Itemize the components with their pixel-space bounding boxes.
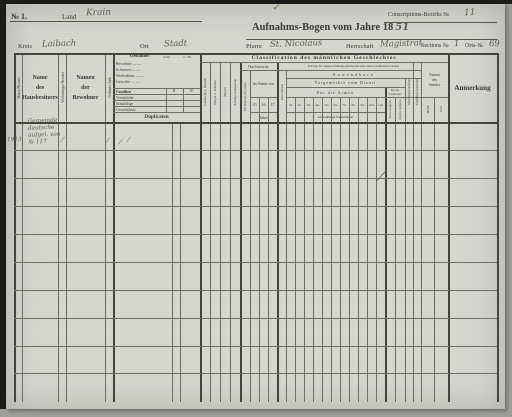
grid-line-horizontal <box>14 373 497 374</box>
stand-block-col-label: Civil <box>439 106 443 112</box>
grid-line-vertical <box>497 53 499 402</box>
stand-col-2: Bürger u. Künstler <box>210 62 220 122</box>
landwehr-col-label: Zweites Aufgebot <box>398 99 402 120</box>
armee-class-col: 7te <box>340 103 349 107</box>
grid-line-horizontal <box>14 290 497 291</box>
check-mark: ✓ <box>272 3 280 13</box>
kreis-label: Kreis <box>18 43 32 50</box>
stand-col-4: Zufällig Anwesende <box>230 62 240 122</box>
stand-block-col-1: Militär <box>421 97 434 122</box>
gebrechen-col: Unheilbare Gebrechen <box>413 62 421 122</box>
sections-label: Sections № <box>421 43 449 49</box>
pfarre-value: St. Nicolaus <box>270 38 323 50</box>
befreit-col-label: Vom Dienste Befreite <box>407 79 411 105</box>
column-header-line: Name <box>33 75 48 81</box>
anmerkung-header: Anmerkung <box>448 53 497 122</box>
classification-note: In Folge der eigenen Nahrung gehörig und… <box>286 62 421 70</box>
grid-line-vertical <box>322 97 323 402</box>
gebaeude-rows: Bewohnte — —Scheunen — —Werkstätten — —G… <box>116 62 198 85</box>
befreit-col: Vom Dienste Befreite <box>405 62 413 122</box>
tick-mark: ⁄ <box>62 136 63 144</box>
kreis-value: Laibach <box>42 38 77 49</box>
scan-edge-top <box>0 0 512 4</box>
grid-line-vertical <box>268 97 269 402</box>
header-rule-left <box>10 21 202 22</box>
ort-value: Stadt <box>164 39 188 50</box>
armee-class-col: 9te <box>358 103 367 107</box>
year-col: 16 <box>259 102 268 107</box>
grid-line-horizontal <box>14 262 497 263</box>
column-header-line: des <box>36 85 44 91</box>
grid-line-vertical <box>259 97 260 402</box>
grid-line-horizontal <box>14 150 497 151</box>
stand-block-line: des <box>432 78 437 82</box>
classification-title: Classification des männlichen Geschlecht… <box>200 53 448 62</box>
column-header-wohnungs-numer: Wohnungs-Numer <box>58 53 66 122</box>
nachwuchs-unit: Jahre <box>250 112 277 122</box>
nachwuchs-title: Nachwuchs <box>240 62 277 71</box>
ort-label: Ort <box>140 43 149 50</box>
column-header-line: Hausbesitzers <box>22 95 58 101</box>
form-number: № 1. <box>11 12 27 21</box>
gebaeude-col-cnr: C. Nr. <box>177 55 198 59</box>
armee-class-col: 11te <box>376 103 385 107</box>
zum-dienste-label: Zum Dienste <box>280 84 284 100</box>
column-header-haus-numer: Haus-Numer <box>14 53 22 122</box>
grid-line-horizontal <box>14 178 497 179</box>
stand-block-title: NamendesStandes <box>421 62 448 97</box>
scan-edge-left <box>0 0 6 409</box>
nachwuchs-years: 151617 <box>250 97 277 112</box>
gebaeude-value-headers: Zahl C. Nr. <box>156 55 198 59</box>
stand-block-line: Standes <box>429 83 441 87</box>
tick-mark: ⁄ <box>107 137 108 145</box>
armee-class-col: 8te <box>349 103 358 107</box>
grid-line-vertical <box>395 97 396 402</box>
herrschaft-label: Herrschaft <box>346 43 373 50</box>
armee-class-col: 3te <box>304 103 313 107</box>
armee-class-col: 5te <box>322 103 331 107</box>
form-title: Aufnahms-Bogen vom Jahre 1851 <box>252 22 409 33</box>
gebaeude-row: Bewohnte — — <box>116 62 198 67</box>
orts-label: Orts-№ <box>465 43 483 49</box>
familien-col-w: W. <box>183 89 200 93</box>
conscriptions-label: Conscriptions-Bezirks № <box>388 12 449 18</box>
armee-class-col: 4te <box>313 103 322 107</box>
gebaeude-row: Werkstätten — — <box>116 74 198 79</box>
gebaeude-title: Gebäude: <box>130 54 150 59</box>
conscriptions-value: 11 <box>464 8 476 18</box>
stand-col-3: Bauern <box>220 62 230 122</box>
grid-line-horizontal <box>14 234 497 235</box>
column-header-line: Namen <box>76 75 94 81</box>
familien-title: Familien <box>116 89 131 94</box>
grid-line-vertical <box>331 97 332 402</box>
grid-line-vertical <box>313 97 314 402</box>
nachwuchs-box: Im Stande von <box>250 71 277 97</box>
gebaeude-row: Scheunen — — <box>116 68 198 73</box>
year-col: 17 <box>268 102 277 107</box>
column-header-line: Bewohner <box>73 95 99 101</box>
form-title-year: 51 <box>395 22 409 33</box>
year-col: 15 <box>250 102 259 107</box>
grid-line-vertical <box>340 97 341 402</box>
familien-col-b: B. <box>166 89 183 93</box>
landwehr-col-1: Erstes Aufgebot <box>385 97 395 122</box>
grid-line-vertical <box>358 97 359 402</box>
stand-block-col-label: Militär <box>426 105 430 113</box>
column-header-label: Wohnungs-Numer <box>60 72 65 103</box>
sections-value: 1 <box>454 39 460 49</box>
tick-mark: ⁄ <box>120 138 121 146</box>
pfarre-label: Pfarre <box>246 43 262 50</box>
column-header-bewohner: NamenderBewohner <box>66 53 105 122</box>
stand-block-line: Namen <box>429 73 440 77</box>
grid-line-vertical <box>304 97 305 402</box>
grid-line-vertical <box>295 97 296 402</box>
gebaeude-row: Gewerbe — — <box>116 80 198 85</box>
stand-col-1: Geistliche u. Beamte <box>200 62 210 122</box>
armee-class-columns: 1te2te3te4te5te6te7te8te9te10te11te <box>286 97 385 112</box>
armee-class-col: 1te <box>286 103 295 107</box>
stand-col-label: Bauern <box>223 87 227 97</box>
conscriptions-rule <box>384 22 497 23</box>
anwendbare-band: Anwendbare <box>286 70 421 78</box>
grid-line-vertical <box>376 97 377 402</box>
armee-class-col: 6te <box>331 103 340 107</box>
armee-class-col: 10te <box>367 103 376 107</box>
landwehr-title: Für die Landwehr <box>385 87 405 97</box>
stand-block-col-2: Civil <box>434 97 448 122</box>
grid-line-vertical <box>349 97 350 402</box>
armee-class-col: 2te <box>295 103 304 107</box>
zum-dienste-col: Zum Dienste <box>277 62 286 122</box>
land-value: Krain <box>86 8 111 19</box>
orts-value: 69 <box>489 39 500 49</box>
vorgemerkte-band: Vorgemerkte zum Dienst <box>286 78 405 87</box>
tick-mark: ⁄ <box>128 136 129 144</box>
column-header-line: der <box>81 85 90 91</box>
column-header-label: Haus-Numer <box>16 77 21 99</box>
armee-title-band: Für die Armee <box>286 87 385 97</box>
gebrechen-col-label: Unheilbare Gebrechen <box>415 78 419 105</box>
scanned-document: № 1. Land Krain ✓ Aufnahms-Bogen vom Jah… <box>0 0 512 417</box>
margin-year: 1913 <box>7 137 22 144</box>
nachwuchs-rot-col: Bis Ende des 14. Jahres <box>240 71 250 122</box>
column-header-hausbesitzer: NamedesHausbesitzers <box>22 53 58 122</box>
landwehr-col-label: Erstes Aufgebot <box>388 100 392 119</box>
form-title-text: Aufnahms-Bogen vom Jahre 18 <box>252 22 393 33</box>
grid-line-horizontal <box>14 318 497 319</box>
grid-line-horizontal <box>14 346 497 347</box>
familien-rows: VerehelichteSchulfähigeGewerbsleute <box>116 95 164 113</box>
familien-value-headers: B. W. <box>166 89 200 93</box>
duplicaten-band: Duplicaten <box>113 112 200 122</box>
grid-line-vertical <box>367 97 368 402</box>
landwehr-col-2: Zweites Aufgebot <box>395 97 405 122</box>
column-header-label: Geburts-Jahr <box>107 77 112 98</box>
grid-line-horizontal <box>14 122 497 124</box>
stand-col-label: Geistliche u. Beamte <box>203 78 207 106</box>
stand-col-label: Zufällig Anwesende <box>233 79 237 106</box>
grid-line-vertical <box>385 87 387 402</box>
column-header-geburts-jahr: Geburts-Jahr <box>105 53 113 122</box>
land-label: Land <box>62 13 76 21</box>
grid-line-vertical <box>434 97 435 402</box>
grid-line-vertical <box>405 78 406 402</box>
armee-footer-band: Altersjährige Wehrmänner <box>286 112 385 122</box>
stand-col-label: Bürger u. Künstler <box>213 80 217 105</box>
paper-sheet: № 1. Land Krain ✓ Aufnahms-Bogen vom Jah… <box>6 4 505 409</box>
grid-line-horizontal <box>14 206 497 207</box>
gebaeude-col-zahl: Zahl <box>156 55 177 59</box>
nachwuchs-rot-label: Bis Ende des 14. Jahres <box>243 82 247 111</box>
herrschaft-value: Magistrat <box>380 38 423 49</box>
